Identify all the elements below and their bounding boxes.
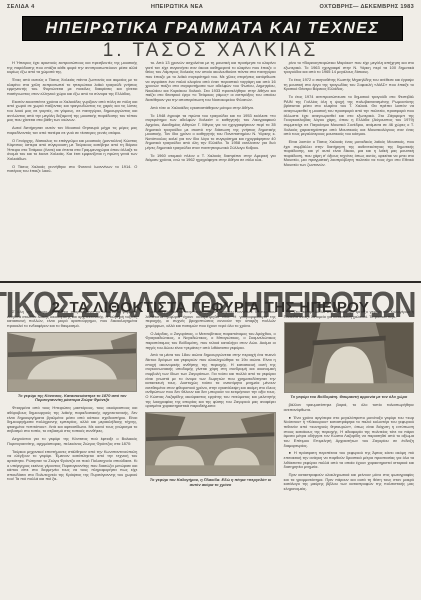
paragraph: Ένας από αυτούς ο Τάσος Χαλκιάς πάντα ζω… — [7, 78, 137, 97]
article1-body: Η Ήπειρος έχει αρκετούς εκπροσώπους και … — [7, 61, 414, 277]
paragraph: ● Η πρόσφατη περιπέτεια του γεφυριού της… — [284, 451, 414, 470]
section-banner-title: ΗΠΕΙΡΩΤΙΚΑ ΓΡΑΜΜΑΤΑ ΚΑΙ ΤΕΧΝΕΣ — [46, 20, 380, 38]
paragraph: Τούρκοι μηχανικοί επιστήμονες στάλθηκαν … — [7, 450, 137, 482]
paragraph: Φτιαγμένα από τους Ηπειρώτες μαστόρους, … — [7, 406, 137, 434]
paragraph: Από τα μέσα του 18ου αιώνα δημιουργώνετα… — [145, 353, 275, 409]
article2-column-1: Σ' όλη την Ήπειρο βρίσκονται σκορπισμένα… — [7, 310, 137, 597]
paragraph: Διηγούνται για το γεφύρι της Κόνιτσας πο… — [7, 437, 137, 446]
newspaper-title: ΗΠΕΙΡΩΤΙΚΑ ΝΕΑ — [151, 4, 203, 10]
section-banner: ΗΠΕΙΡΩΤΙΚΑ ΓΡΑΜΜΑΤΑ ΚΑΙ ΤΕΧΝΕΣ — [22, 16, 403, 41]
article2-headline: 2. ΤΑ ΛΙΘΟΚΤΙΣΤΑ ΓΕΦΥΡΙΑ ΤΗΣ ΗΠΕΙΡΟΥ — [0, 299, 421, 316]
paragraph: ρίνο το «Βορειοηπειρώτικο Μαρόκο» που εί… — [284, 61, 414, 75]
paragraph: ● Ένα χρόνο αργότερα στο μεγαλόπρεπο μον… — [284, 416, 414, 448]
paragraph: Το 1948 έγραψε τα πρώτα του τραγούδια κα… — [145, 114, 275, 151]
paragraph: Η Ήπειρος έχει αρκετούς εκπροσώπους και … — [7, 61, 137, 75]
article1-headline: 1. ΤΑΣΟΣ ΧΑΛΚΙΑΣ — [0, 40, 421, 62]
paragraph: Το 1960 ατομικά πλέον ο Τ. Χαλκιάς διαπρ… — [145, 154, 275, 163]
paragraph: Ο Τάσος Χαλκιάς γεννήθηκε στο Φυτεινό Ιω… — [7, 165, 137, 174]
paragraph: Ο Δάρδας, ο Ζαγορίσιος, ο Μετσοβίτικος π… — [145, 332, 275, 351]
konitsa-photo-caption: Το γεφύρι της Κόνιτσας. Κατασκευάστηκε τ… — [7, 394, 137, 403]
article2-body: Σ' όλη την Ήπειρο βρίσκονται σκορπισμένα… — [7, 310, 414, 597]
page-number: ΣΕΛΙΔΑ 4 — [7, 4, 35, 10]
article2-column-3: ● Στο ποτάμι δίπλα στο περίκομψο τρίτοξο… — [284, 310, 414, 597]
plakida-photo-caption: Το γεφύρι του Καλογήρου, η Πλακίδα. Εδώ … — [145, 478, 275, 487]
konitsa-bridge-photo — [7, 332, 137, 392]
newspaper-page: ΣΕΛΙΔΑ 4 ΗΠΕΙΡΩΤΙΚΑ ΝΕΑ ΟΧΤΩΒΡΗΣ— ΔΕΚΕΜΒ… — [0, 0, 421, 600]
plakida-bridge-photo — [145, 412, 275, 476]
paragraph: βάλλον τραυματίστηκε βαριά, το όλο τοπίο… — [284, 403, 414, 412]
paragraph: Από τότε οι Χαλκιάδες εγκαταστάθηκαν μόν… — [145, 106, 275, 111]
voidomatis-bridge-photo — [284, 322, 414, 393]
bridge-illustration — [8, 333, 136, 391]
paragraph: Το έτος 1974 αντιπροσώπευσε το δημοτικό … — [284, 95, 414, 137]
article1-column-2: το. Από 13 χρονών ασχολείται με τη μουσι… — [145, 61, 275, 277]
article1-column-1: Η Ήπειρος έχει αρκετούς εκπροσώπους και … — [7, 61, 137, 277]
page-header: ΣΕΛΙΔΑ 4 ΗΠΕΙΡΩΤΙΚΑ ΝΕΑ ΟΧΤΩΒΡΗΣ— ΔΕΚΕΜΒ… — [7, 4, 414, 10]
bridge-illustration — [285, 323, 413, 392]
paragraph: Εκατόν εικοσιπέντε χρόνια οι Χαλκιάδες γ… — [7, 100, 137, 123]
paragraph: Αυτοί διετήρησαν αυτόν τον Μουσικό Θησαυ… — [7, 126, 137, 135]
bridge-illustration — [146, 413, 274, 475]
issue-date: ΟΧΤΩΒΡΗΣ— ΔΕΚΕΜΒΡΗΣ 1983 — [319, 4, 414, 10]
paragraph: Πριν καταστραφούν ολοκληρωτικά και μείνο… — [284, 473, 414, 492]
paragraph: Ο Γενάρχης, δάσκαλος το επάγγελμα και μο… — [7, 139, 137, 162]
article2-column-2: κουστά βρίσκονται στην περιοχή του Ζαγορ… — [145, 310, 275, 597]
article-divider-rule — [0, 281, 421, 283]
paragraph: Το έτος 1972 ο σκηνοθέτης Κωστής Μιχαηλί… — [284, 78, 414, 92]
paragraph: το. Από 13 χρονών ασχολείται με τη μουσι… — [145, 61, 275, 103]
voidomatis-photo-caption: Το γεφύρι του Βοϊδομάτη. Θαυμαστή αρμονί… — [284, 395, 414, 400]
paragraph: Είναι λοιπόν ο Τάσος Χαλκιάς ένας μοναδι… — [284, 140, 414, 168]
article1-column-3: ρίνο το «Βορειοηπειρώτικο Μαρόκο» που εί… — [284, 61, 414, 277]
